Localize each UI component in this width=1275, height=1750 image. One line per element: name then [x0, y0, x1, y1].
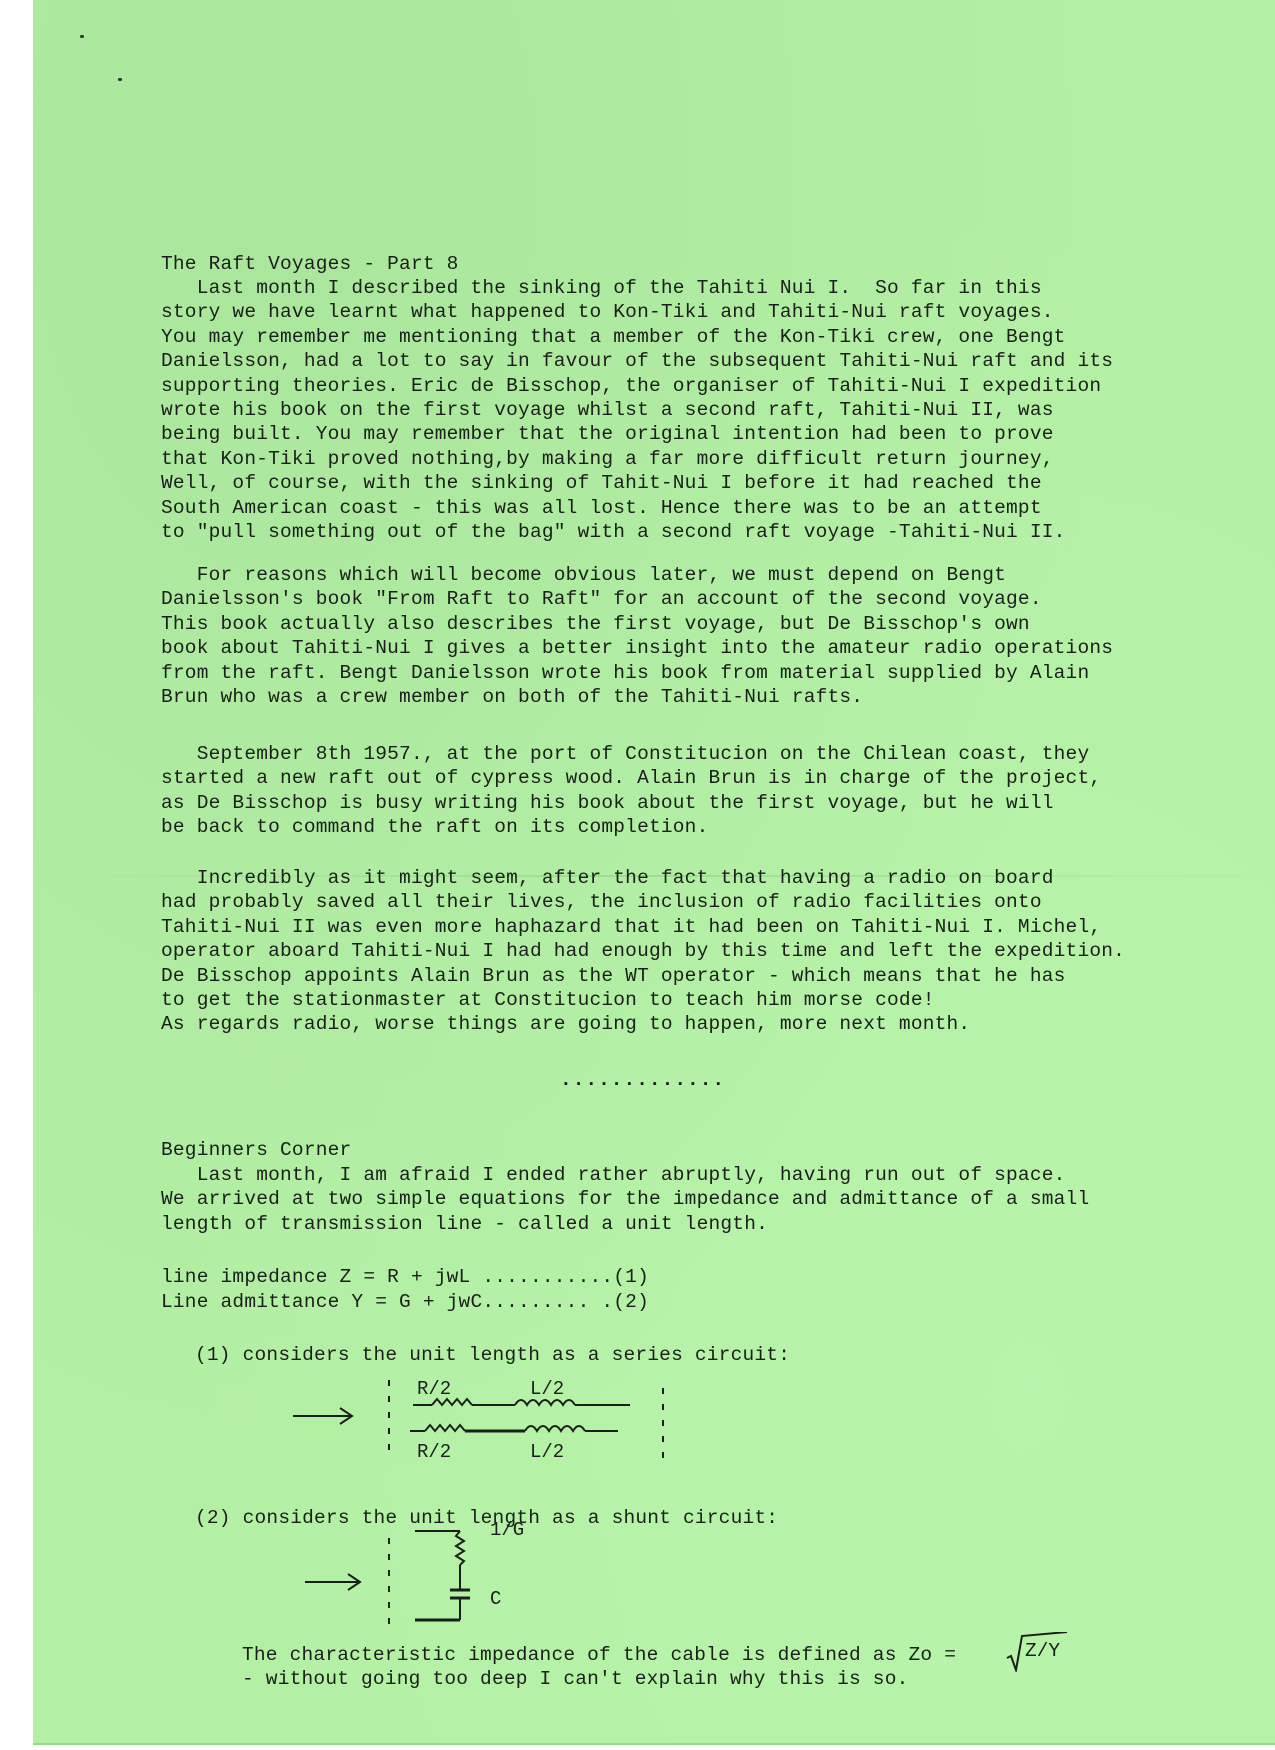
label-bottom-resistor: R/2 [417, 1441, 451, 1463]
article-paragraph: Last month I described the sinking of th… [161, 276, 1113, 544]
conclusion-line-1: The characteristic impedance of the cabl… [242, 1643, 968, 1667]
article-paragraph: September 8th 1957., at the port of Cons… [161, 742, 1101, 840]
article-paragraph: For reasons which will become obvious la… [161, 563, 1113, 709]
label-top-inductor: L/2 [530, 1378, 564, 1400]
equation-impedance: line impedance Z = R + jwL ...........(1… [161, 1265, 649, 1289]
article-title-raft-voyages: The Raft Voyages - Part 8 [161, 252, 459, 276]
punch-mark [80, 35, 84, 38]
article-paragraph: Incredibly as it might seem, after the f… [161, 866, 1125, 1037]
article-paragraph: Last month, I am afraid I ended rather a… [161, 1163, 1089, 1236]
equation-admittance: Line admittance Y = G + jwC......... .(2… [161, 1290, 649, 1314]
label-bottom-inductor: L/2 [530, 1441, 564, 1463]
article-title-beginners-corner: Beginners Corner [161, 1138, 351, 1162]
punch-mark [118, 78, 122, 81]
sqrt-expression: Z/Y [1025, 1640, 1060, 1662]
conclusion-line-2: - without going too deep I can't explain… [242, 1667, 909, 1691]
label-top-resistor: R/2 [417, 1378, 451, 1400]
label-capacitance: C [490, 1588, 501, 1610]
shunt-circuit-caption: (2) considers the unit length as a shunt… [195, 1506, 778, 1530]
label-conductance: 1/G [490, 1519, 524, 1541]
series-circuit-caption: (1) considers the unit length as a serie… [195, 1343, 790, 1367]
section-separator: ............. [560, 1068, 725, 1092]
